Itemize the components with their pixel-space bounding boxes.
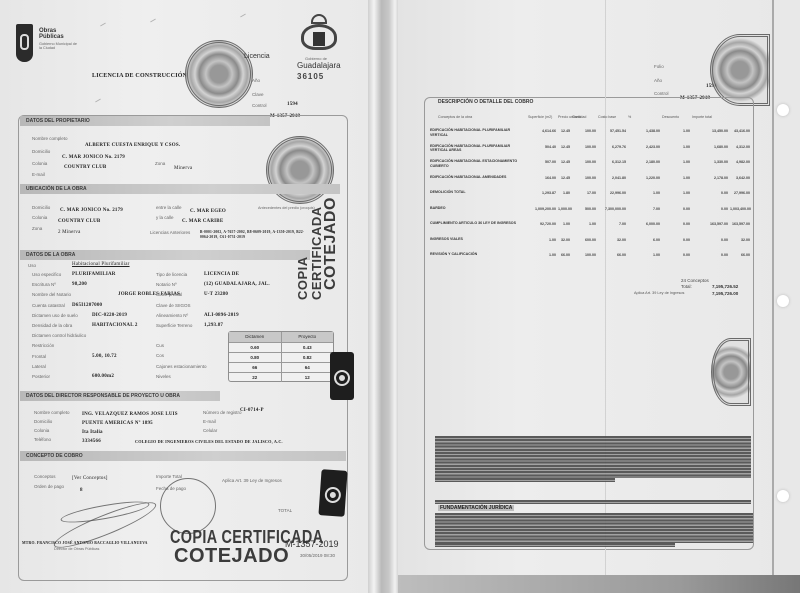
ano-label: Año: [252, 78, 260, 83]
location-colonia-value: COUNTRY CLUB: [58, 219, 100, 224]
work-field-label: Restricción: [32, 343, 54, 348]
official-seal: [185, 40, 253, 108]
licencia-label: Licencia: [244, 53, 270, 60]
work-field-value-right: LICENCIA DE: [204, 272, 239, 277]
fee-row: INGRESOS VIALES1.0032.00600.0032.006.000…: [430, 237, 750, 249]
fee-cell: 1,009,200.00: [530, 207, 556, 211]
fee-cell: 507.00: [530, 160, 556, 164]
dictamen-cell: 66: [229, 363, 281, 372]
logo-line2: Públicas: [39, 34, 64, 40]
fee-cell: 1.00: [662, 176, 690, 180]
fees-count: 24 Conceptos: [681, 278, 709, 283]
punch-hole-2: [777, 295, 789, 307]
fee-cell: 1,293.87: [530, 191, 556, 195]
proyecto-cell: 12: [281, 373, 334, 382]
fee-cell: 12.45: [558, 176, 570, 180]
fee-cell: 7.00: [628, 207, 660, 211]
owner-address-value: C. MAR JONICO No. 2179: [62, 155, 125, 160]
fee-cell: 0.00: [692, 191, 728, 195]
work-field-label-right: Alineamiento Nº: [156, 313, 188, 318]
fee-cell: 66.00: [598, 253, 626, 257]
signer-name: MTRO. FRANCISCO JOSÉ ANTONIO BACCAGLIO V…: [22, 541, 148, 545]
fee-cell: 1.00: [662, 145, 690, 149]
fee-cell: 504.40: [530, 145, 556, 149]
owner-section-header: DATOS DEL PROPIETARIO: [20, 116, 270, 126]
work-field-label-right: Superficie Terreno: [156, 323, 192, 328]
owner-email-label: E-mail: [32, 172, 45, 177]
legal-text-block-1: [435, 436, 751, 478]
legal-text-block-3: [435, 500, 751, 504]
fee-cell: 0.00: [692, 238, 728, 242]
fee-cell: 66.00: [558, 253, 570, 257]
fee-row: EDIFICACIÓN HABITACIONAL ESTACIONAMIENTO…: [430, 159, 750, 171]
director-field-label: Teléfono: [34, 437, 51, 442]
fee-cell: 3,642.00: [730, 176, 750, 180]
director-field-label: Nombre completo: [34, 410, 70, 415]
work-field-label-right: Tipo de licencia: [156, 272, 187, 277]
fee-cell: 1,680.00: [692, 145, 728, 149]
fee-concept: EDIFICACIÓN HABITACIONAL PLURIFAMILIAR V…: [430, 144, 520, 153]
fee-cell: 7.00: [598, 222, 626, 226]
fees-adjusted-label: Aplica Art. 39 Ley de Ingresos: [634, 291, 684, 295]
work-field-value: DIC-0220-2019: [92, 313, 127, 318]
fee-cell: 12.45: [558, 160, 570, 164]
work-field-label-right: Niveles: [156, 374, 171, 379]
work-field-label-right: Cajones estacionamiento: [156, 364, 207, 369]
work-field-value: 600.00m2: [92, 374, 114, 379]
director-field-value: PUENTE AMERICAS Nº 1895: [82, 421, 153, 426]
fee-cell: 6.00: [628, 238, 660, 242]
location-address-label: Domicilio: [32, 205, 50, 210]
director-field-label-right: Celular: [203, 428, 217, 433]
binding-gutter: [368, 0, 398, 593]
fee-cell: 92,720.00: [530, 222, 556, 226]
fee-concept: INGRESOS VIALES: [430, 237, 520, 242]
fee-concept: CUMPLIMIENTO ARTICULO 36 LEY DE INGRESOS: [430, 221, 520, 226]
fee-cell: 2,180.00: [628, 160, 660, 164]
proyecto-cell: 64: [281, 363, 334, 372]
location-colonia-label: Colonia: [32, 215, 47, 220]
fee-cell: 1.00: [572, 222, 596, 226]
fee-cell: 1,003,400.00: [730, 207, 750, 211]
fee-cell: 100.00: [572, 129, 596, 133]
fee-row: EDIFICACIÓN HABITACIONAL PLURIFAMILIAR V…: [430, 128, 750, 140]
fee-concept: EDIFICACIÓN HABITACIONAL AMENIDADES: [430, 175, 520, 180]
concepts-value[interactable]: [Ver Conceptos]: [72, 476, 108, 481]
work-field-value: HABITACIONAL 2: [92, 323, 138, 328]
fee-row: REVISIÓN Y CALIFICACIÓN1.0066.00100.0066…: [430, 252, 750, 264]
work-field-label: Escritura Nº: [32, 282, 56, 287]
fee-cell: 2,041.80: [598, 176, 626, 180]
fee-cell: 100.00: [572, 253, 596, 257]
payment-date: 30/05/2019 08:30: [300, 553, 335, 558]
fee-cell: 500.00: [572, 207, 596, 211]
work-field-value: PLURIFAMILIAR: [72, 272, 116, 277]
certified-copy-stamp-vertical: COPIA CERTIFICADA COTEJADO: [296, 197, 338, 300]
fee-cell: 1,330.00: [692, 160, 728, 164]
previous-licenses-label: Licencias Anteriores: [150, 230, 190, 235]
payment-folio: M-1357-2019: [285, 539, 339, 549]
work-field-label: Uso especifico: [32, 272, 61, 277]
license-page-front: Obras Públicas Gobierno Municipal de la …: [0, 0, 368, 593]
fee-concept: EDIFICACIÓN HABITACIONAL PLURIFAMILIAR V…: [430, 128, 520, 137]
logo-title: Obras Públicas: [39, 28, 64, 40]
fee-cell: 43,416.00: [730, 129, 750, 133]
location-zona-value: 2 Minerva: [58, 230, 81, 235]
fee-cell: 2,178.00: [692, 176, 728, 180]
legal-text-block-5: [435, 543, 675, 547]
logo-subtitle: Gobierno Municipal de la Ciudad: [39, 42, 79, 50]
official-seal-right-top: [710, 34, 770, 106]
work-section-header: DATOS DE LA OBRA: [20, 250, 310, 260]
fee-cell: 32.00: [558, 238, 570, 242]
fee-cell: 100.00: [572, 160, 596, 164]
director-field-value-right: CI-0714-P: [240, 408, 264, 413]
concepts-label: Conceptos: [34, 474, 56, 479]
signer-role: Director de Obras Públicas: [54, 547, 99, 551]
fee-row: EDIFICACIÓN HABITACIONAL AMENIDADES164.0…: [430, 175, 750, 187]
owner-name-label: Nombre completo: [32, 136, 68, 141]
qr-code-icon: [330, 352, 354, 400]
art39-note: Aplica Art. 39 Ley de Ingresos: [222, 478, 282, 483]
fee-cell: 1.00: [628, 191, 660, 195]
fee-cell: 4,312.00: [730, 145, 750, 149]
work-field-value-right: (12) GUADALAJARA, JAL.: [204, 282, 270, 287]
fee-cell: 0.00: [692, 207, 728, 211]
fee-cell: 0.00: [662, 222, 690, 226]
fee-cell: 32.00: [730, 238, 750, 242]
fee-row: EDIFICACIÓN HABITACIONAL PLURIFAMILIAR V…: [430, 144, 750, 156]
legal-text-block-4: [435, 513, 753, 543]
clave-label: Clave: [252, 92, 264, 97]
between-street-label: entre la calle: [156, 205, 182, 210]
director-field-label-right: E-mail: [203, 419, 216, 424]
fee-cell: 1,438.00: [628, 129, 660, 133]
work-field-label: Nombre del Notario: [32, 292, 71, 297]
fee-cell: 0.00: [662, 253, 690, 257]
owner-zona-value: Minerva: [174, 166, 192, 171]
director-section-header: DATOS DEL DIRECTOR RESPONSABLE DE PROYEC…: [20, 391, 220, 401]
fee-column-header: Conceptos de la obra: [438, 115, 472, 119]
fee-cell: 12.45: [558, 145, 570, 149]
fee-cell: 22,996.00: [598, 191, 626, 195]
fee-concept: EDIFICACIÓN HABITACIONAL ESTACIONAMIENTO…: [430, 159, 520, 168]
work-field-label-right: Cus: [156, 343, 164, 348]
location-zona-label: Zona: [32, 226, 42, 231]
control-value: 1594: [287, 102, 298, 107]
fee-cell: 163,597.00: [730, 222, 750, 226]
proyecto-cell: 0.43: [281, 343, 334, 352]
fee-concept: BARDEO: [430, 206, 520, 211]
legal-text-block-2: [435, 478, 615, 482]
fee-column-header: %: [628, 115, 631, 119]
director-field-value: Ita Italia: [82, 430, 103, 435]
fee-cell: 12.45: [558, 129, 570, 133]
fee-cell: 2,423.00: [628, 145, 660, 149]
director-field-label-right: Número de registro: [203, 410, 242, 415]
punch-hole-3: [777, 490, 789, 502]
control-label: Control: [252, 103, 267, 108]
fee-column-header: Importe total: [692, 115, 712, 119]
work-field-label: Dictamen control hidráulico: [32, 333, 86, 338]
fee-cell: 66.00: [730, 253, 750, 257]
fee-cell: 164.00: [530, 176, 556, 180]
fees-total-value: 7,195,726.52: [712, 284, 738, 289]
use-value: Habitacional Plurifamiliar: [72, 262, 130, 267]
director-field-value-right: COLEGIO DE INGENIEROS CIVILES DEL ESTADO…: [135, 439, 283, 444]
director-field-label: Domicilio: [34, 419, 52, 424]
and-street-label: y la calle: [156, 215, 174, 220]
signature-loop: [160, 478, 216, 534]
payment-section-header: CONCEPTO DE COBRO: [20, 451, 346, 461]
ano-label-right: Año: [654, 78, 662, 83]
work-field-label: Dictamen uso de suelo: [32, 313, 78, 318]
dictamen-cell: 22: [229, 373, 281, 382]
fee-cell: 4,982.00: [730, 160, 750, 164]
punch-hole-1: [777, 104, 789, 116]
work-field-value-right: ALI-0896-2019: [204, 313, 239, 318]
folio-label-right: Folio: [654, 64, 664, 69]
work-field-label-right: Clave de SIIGOS: [156, 303, 191, 308]
fee-cell: 0.00: [692, 253, 728, 257]
fee-cell: 1.00: [628, 253, 660, 257]
fee-cell: 1.00: [530, 238, 556, 242]
work-field-value: 5.00, 10.72: [92, 354, 117, 359]
payment-order-label: Orden de pago: [34, 484, 64, 489]
fees-total-label: Total:: [681, 284, 692, 289]
fee-row: BARDEO1,009,200.001,000.00500.007,300,00…: [430, 206, 750, 218]
director-field-value: 3334566: [82, 439, 101, 444]
owner-name-value: ALBERTE CUESTA ENRIQUE Y CSOS.: [85, 143, 180, 148]
between-street-value: C. MAR EGEO: [190, 209, 226, 214]
work-field-label: Posterior: [32, 374, 50, 379]
total-amount-label: Importe Total: [156, 474, 182, 479]
fee-cell: 0.00: [662, 207, 690, 211]
fee-cell: 17.00: [572, 191, 596, 195]
fee-row: DEMOLICIÓN TOTAL1,293.871.8017.0022,996.…: [430, 190, 750, 202]
fee-cell: 1.00: [558, 222, 570, 226]
location-address-value: C. MAR JONICO No. 2179: [60, 208, 123, 213]
owner-colonia-value: COUNTRY CLUB: [64, 165, 106, 170]
fee-cell: 1,000.00: [558, 207, 570, 211]
density-table-row: 2212: [229, 372, 333, 382]
location-section-header: UBICACIÓN DE LA OBRA: [20, 184, 340, 194]
fee-column-header: Superficie (m2): [528, 115, 552, 119]
work-field-value: D65I1207000: [72, 303, 102, 308]
and-street-value: C. MAR CARIBE: [182, 219, 223, 224]
page-edge-shadow: [398, 575, 800, 593]
fee-concept: DEMOLICIÓN TOTAL: [430, 190, 520, 195]
fee-cell: 1.00: [662, 160, 690, 164]
owner-colonia-label: Colonia: [32, 161, 47, 166]
work-field-value-right: U-T 23280: [204, 292, 228, 297]
s-glyph: [20, 34, 29, 50]
qr-code-icon-2: [318, 469, 347, 517]
fee-cell: 600.00: [572, 238, 596, 242]
fees-adjusted-value: 7,195,726.00: [712, 291, 738, 296]
owner-address-label: Domicilio: [32, 149, 50, 154]
fee-row: CUMPLIMIENTO ARTICULO 36 LEY DE INGRESOS…: [430, 221, 750, 233]
fee-cell: 57,451.54: [598, 129, 626, 133]
density-table-header: Dictamen Proyecto: [229, 332, 333, 342]
fee-cell: 32.00: [598, 238, 626, 242]
director-field-label: Colonia: [34, 428, 49, 433]
document-title: LICENCIA DE CONSTRUCCIÓN: [92, 73, 187, 79]
fee-cell: 4,614.66: [530, 129, 556, 133]
use-label: Uso: [28, 263, 36, 268]
fee-column-header: Descuento: [662, 115, 679, 119]
crest-code: 36105: [297, 72, 324, 81]
work-field-label-right: Cos: [156, 353, 164, 358]
dictamen-cell: 0.80: [229, 353, 281, 362]
work-field-value: 98,200: [72, 282, 87, 287]
fee-cell: 100.00: [572, 176, 596, 180]
director-field-value: ING. VELAZQUEZ RAMOS JOSE LUIS: [82, 412, 178, 417]
work-field-label: Lateral: [32, 364, 46, 369]
fee-cell: 1.00: [530, 253, 556, 257]
fee-cell: 6,312.15: [598, 160, 626, 164]
fee-cell: 1,220.00: [628, 176, 660, 180]
guadalajara-crest-icon: [298, 14, 340, 56]
fee-cell: 6,279.76: [598, 145, 626, 149]
fee-cell: 1.80: [558, 191, 570, 195]
payment-order-value: 8: [80, 488, 83, 493]
density-table-row: 6664: [229, 362, 333, 372]
crest-city: Guadalajara: [297, 61, 341, 70]
work-field-label: Frontal: [32, 354, 46, 359]
column-dictamen: Dictamen: [229, 332, 281, 342]
work-field-label-right: Notario Nº: [156, 282, 177, 287]
fee-cell: 27,996.00: [730, 191, 750, 195]
work-field-label: Cuenta catastral: [32, 303, 65, 308]
column-proyecto: Proyecto: [281, 332, 334, 342]
fee-cell: 6,000.00: [628, 222, 660, 226]
fee-cell: 100.00: [572, 145, 596, 149]
proyecto-cell: 0.82: [281, 353, 334, 362]
fee-cell: 13,450.00: [692, 129, 728, 133]
payment-total-label: TOTAL: [278, 508, 292, 513]
fee-cell: 1.00: [662, 191, 690, 195]
dictamen-cell: 0.60: [229, 343, 281, 352]
work-field-value-right: 1,293.87: [204, 323, 223, 328]
work-field-label: Densidad de la obra: [32, 323, 72, 328]
density-table-row: 0.800.82: [229, 352, 333, 362]
fee-column-header: Costo base: [598, 115, 616, 119]
control-label-right: Control: [654, 91, 669, 96]
density-table: Dictamen Proyecto 0.600.430.800.82666422…: [228, 331, 334, 382]
fee-cell: 1.00: [662, 129, 690, 133]
density-table-row: 0.600.43: [229, 342, 333, 352]
fee-concept: REVISIÓN Y CALIFICACIÓN: [430, 252, 520, 257]
fee-column-header: Cantidad: [572, 115, 586, 119]
fee-cell: 163,597.00: [692, 222, 728, 226]
owner-zona-label: Zona: [155, 161, 165, 166]
fee-section-title: DESCRIPCIÓN O DETALLE DEL COBRO: [438, 99, 533, 105]
previous-licenses-value: B-0001-2002, A-7657-2002, B8-0609-2019, …: [200, 230, 305, 239]
work-field-label-right: Clave predial: [156, 292, 182, 297]
fee-cell: 7,300,000.00: [598, 207, 626, 211]
fee-cell: 0.00: [662, 238, 690, 242]
legal-heading: FUNDAMENTACIÓN JURÍDICA: [438, 505, 514, 511]
